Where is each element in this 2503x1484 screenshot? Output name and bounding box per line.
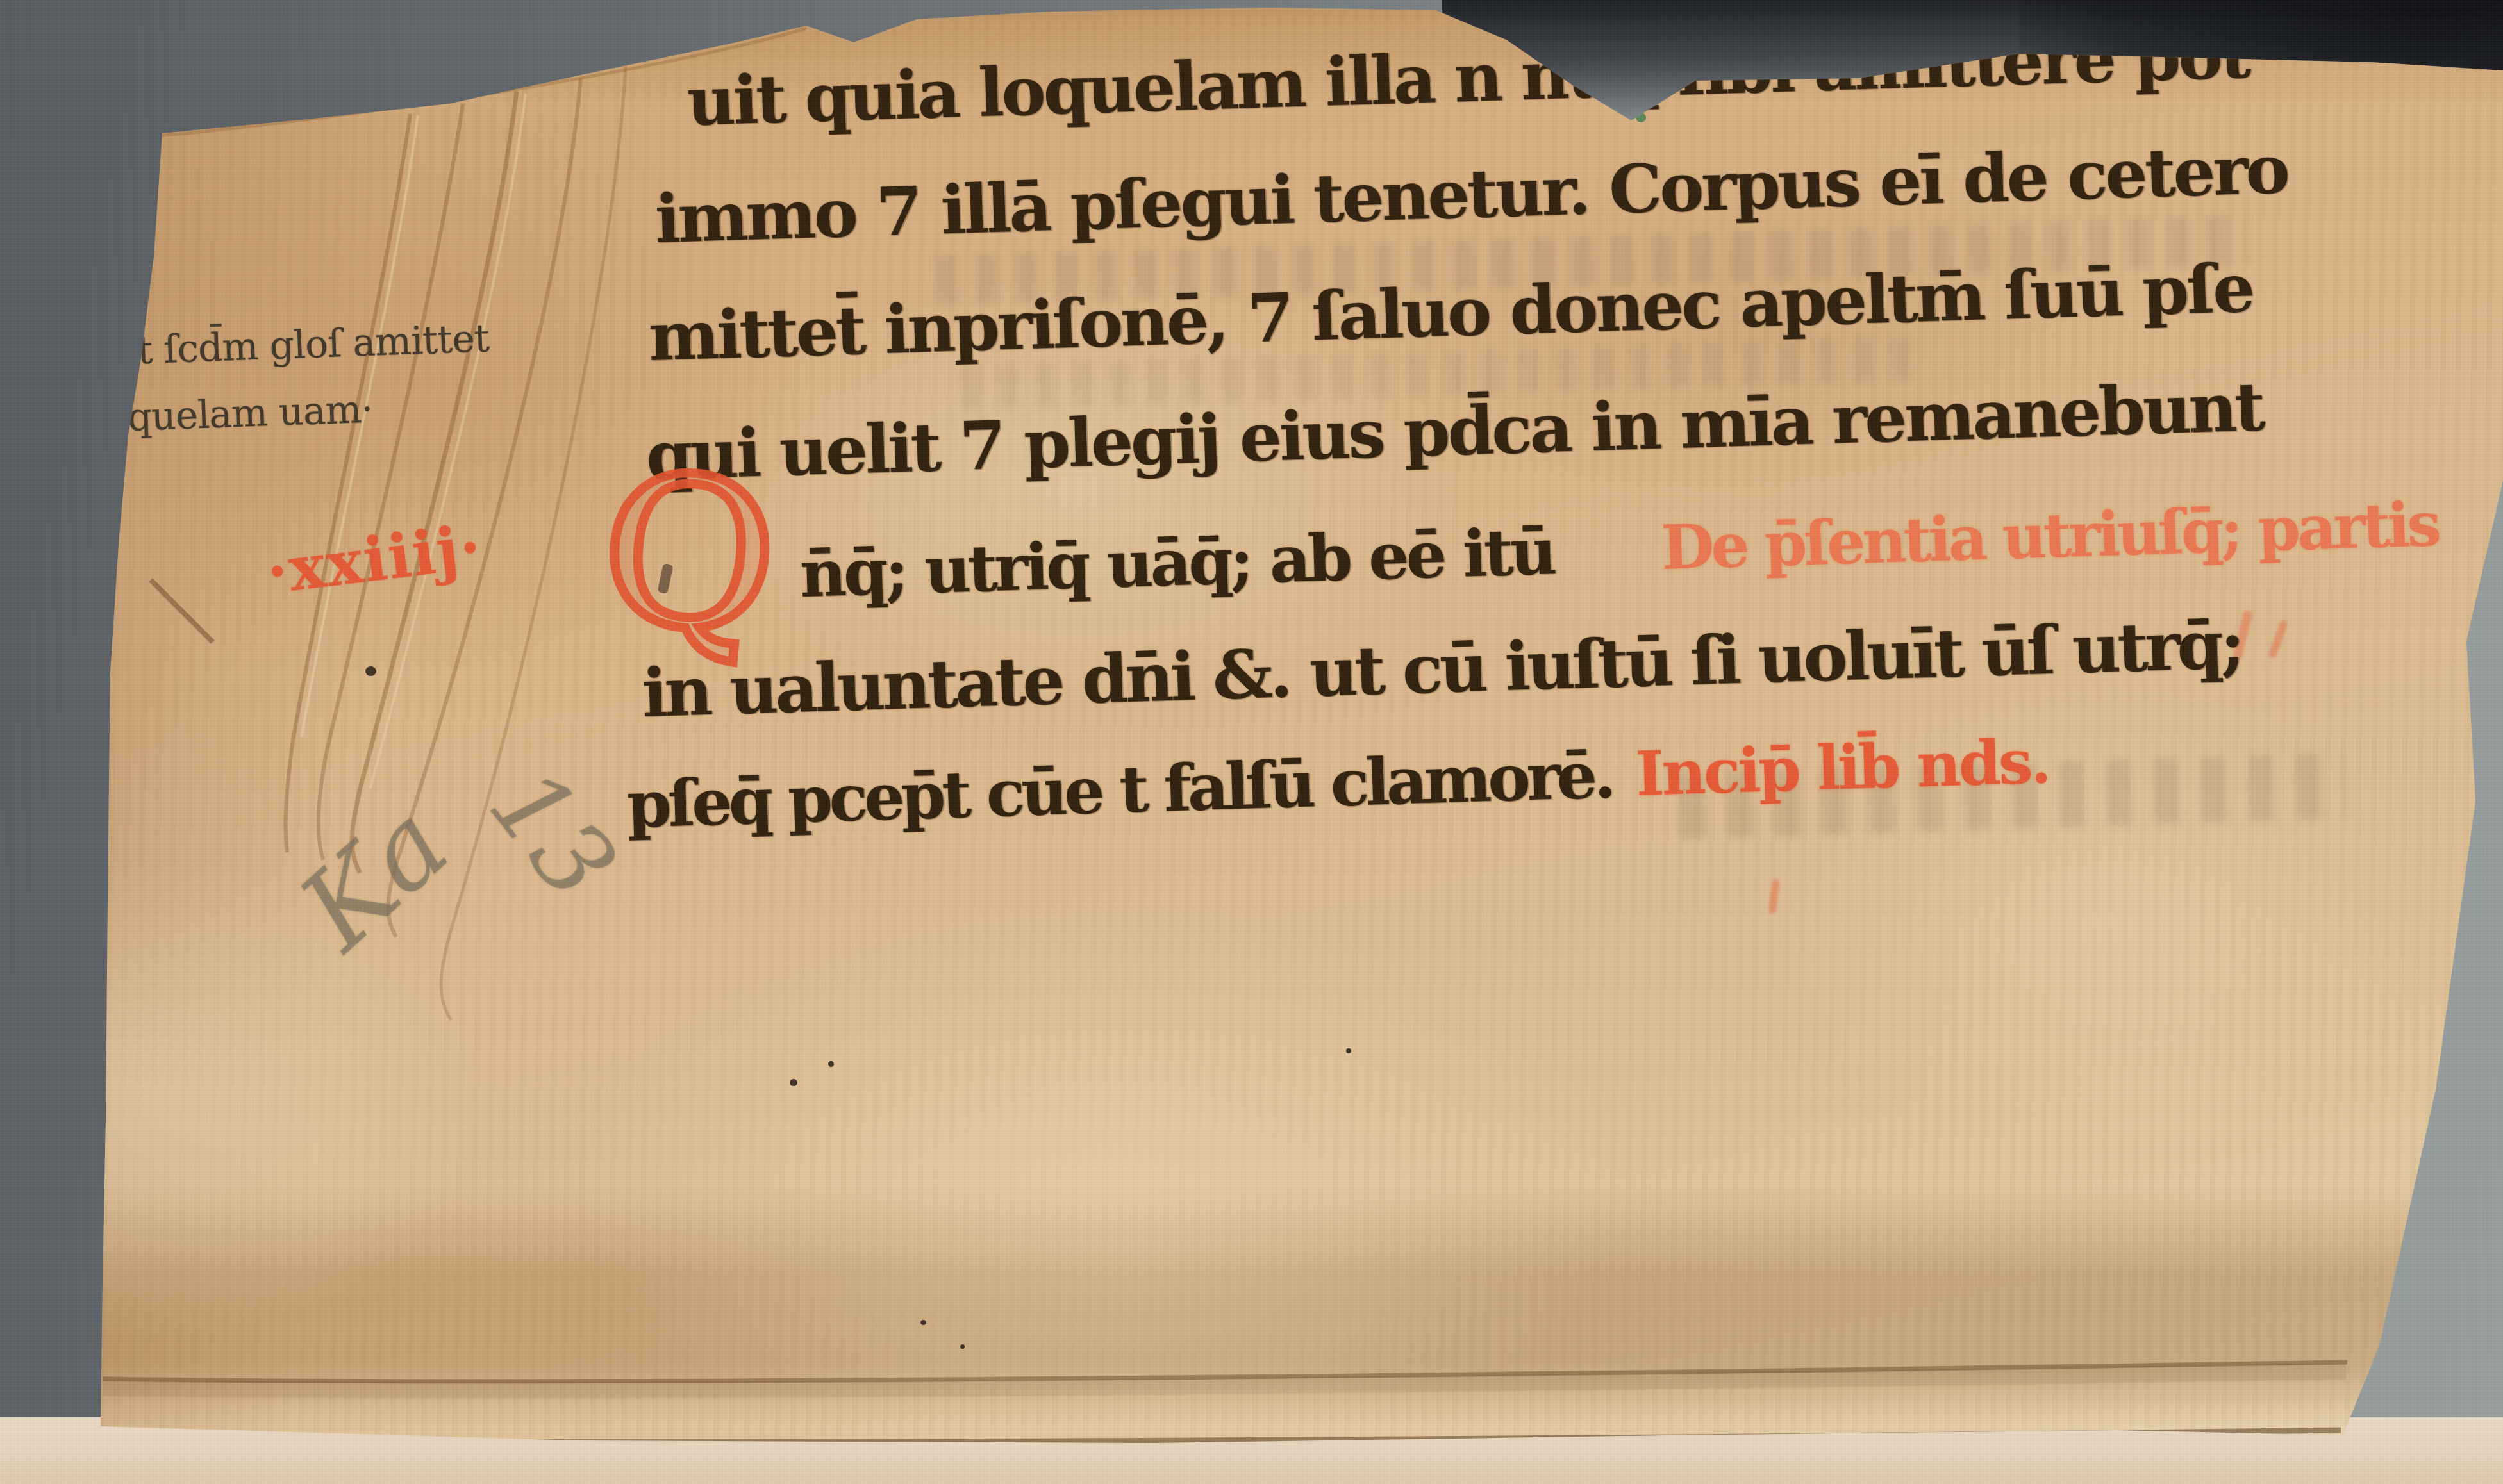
- green-stain-fleck: [209, 69, 219, 78]
- parchment-fragment: aut ſcd̄m gloſ amittet loquelam uam· ·xx…: [0, 0, 2503, 1484]
- parchment-hole: [828, 1061, 834, 1067]
- margin-gloss: aut ſcd̄m gloſ amittet loquelam uam·: [90, 305, 492, 452]
- green-stain-fleck: [259, 78, 266, 85]
- parchment-hole: [790, 1079, 797, 1086]
- margin-gloss-line-2: loquelam uam·: [92, 372, 493, 452]
- rubric-incipit: Incip̄ lib̄ nds.: [1634, 726, 2050, 810]
- parchment-speck: [1346, 1048, 1351, 1053]
- parchment-speck: [960, 1344, 965, 1349]
- initial-Q-rubric: Q: [594, 445, 785, 664]
- manuscript-photo: aut ſcd̄m gloſ amittet loquelam uam· ·xx…: [0, 0, 2503, 1484]
- parchment-hole: [365, 666, 376, 676]
- margin-gloss-line-1: aut ſcd̄m gloſ amittet: [90, 305, 490, 386]
- parchment-speck: [920, 1320, 926, 1325]
